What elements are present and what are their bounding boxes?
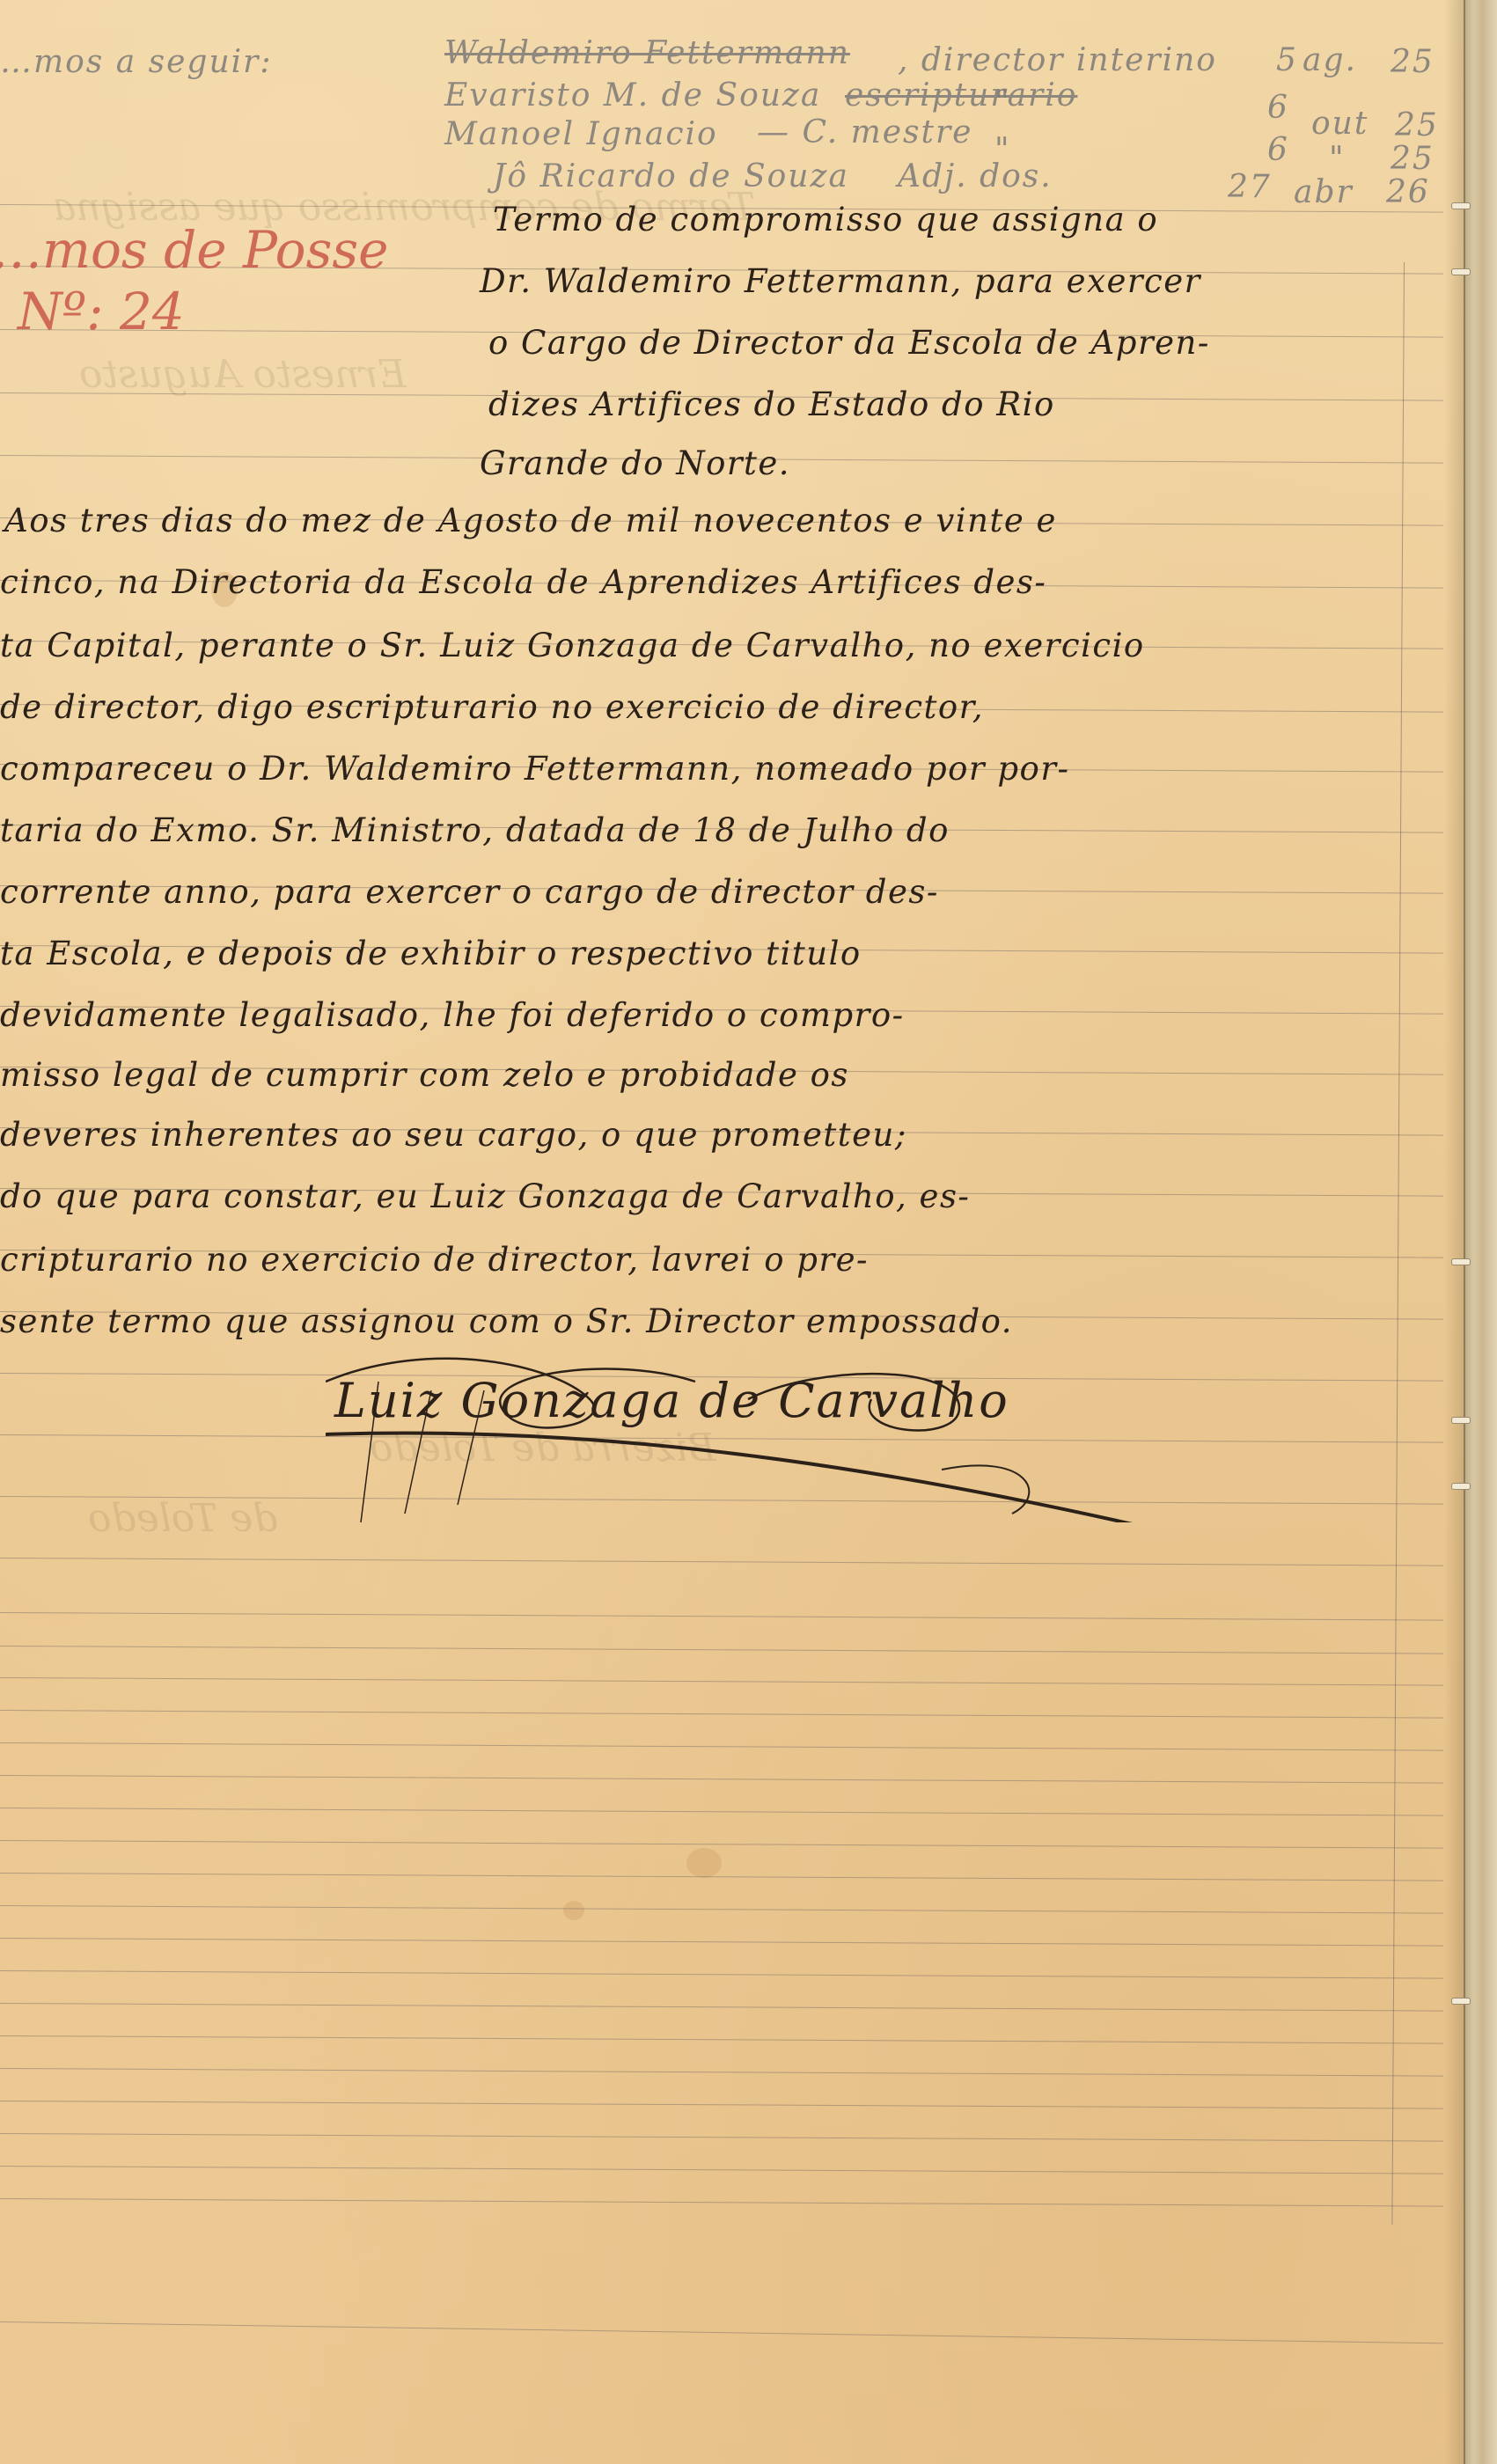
binding-stitch xyxy=(1451,268,1471,275)
body-line: ta Escola, e depois de exhibir o respect… xyxy=(0,935,862,972)
body-line: do que para constar, eu Luiz Gonzaga de … xyxy=(0,1177,970,1215)
ruled-line xyxy=(0,1677,1443,1686)
title-line: Dr. Waldemiro Fettermann, para exercer xyxy=(480,262,1201,300)
document-page: Termo de compromisso que assigna Ernesto… xyxy=(0,0,1497,2464)
ruled-line xyxy=(0,2003,1443,2012)
pencil-date-day: 27 xyxy=(1228,169,1272,205)
ruled-line xyxy=(0,2068,1443,2077)
body-line: sente termo que assignou com o Sr. Direc… xyxy=(0,1302,1013,1340)
ruled-line xyxy=(0,1905,1443,1914)
binding-stitch xyxy=(1451,1483,1471,1490)
body-line: de director, digo escripturario no exerc… xyxy=(0,688,984,726)
body-line: cripturario no exercicio de director, la… xyxy=(0,1241,869,1279)
pencil-date-day: 6 xyxy=(1267,90,1289,126)
pencil-date-year: 25 xyxy=(1391,141,1435,177)
paper-stain xyxy=(563,1901,584,1920)
body-line: taria do Exmo. Sr. Ministro, datada de 1… xyxy=(0,811,950,849)
pencil-date-year: 25 xyxy=(1391,44,1435,80)
ruled-line xyxy=(0,1938,1443,1947)
pencil-name: Jô Ricardo de Souza xyxy=(493,158,849,194)
pencil-date-year: 25 xyxy=(1395,107,1439,143)
title-line: Termo de compromisso que assigna o xyxy=(493,201,1158,238)
ruled-line xyxy=(0,2133,1443,2142)
pencil-name: Evaristo M. de Souza xyxy=(444,77,821,114)
body-line: misso legal de cumprir com zelo e probid… xyxy=(0,1056,849,1094)
pencil-name: Waldemiro Fettermann xyxy=(444,35,850,71)
signature: Luiz Gonzaga de Carvalho xyxy=(334,1373,1009,1428)
body-line: devidamente legalisado, lhe foi deferido… xyxy=(0,996,905,1034)
pencil-name: Manoel Ignacio xyxy=(444,116,718,152)
ruled-line xyxy=(0,1742,1443,1751)
binding-stitch xyxy=(1451,1998,1471,2005)
ruled-line xyxy=(0,2035,1443,2044)
book-spine xyxy=(1464,0,1497,2464)
ruled-line xyxy=(0,1612,1443,1621)
ruled-line xyxy=(0,1873,1443,1881)
pencil-role: , director interino xyxy=(898,42,1217,78)
ruled-line xyxy=(0,2101,1443,2109)
pencil-role: — C. mestre xyxy=(757,114,973,150)
ruled-line xyxy=(0,1710,1443,1719)
right-margin-rule xyxy=(1391,262,1405,2225)
binding-stitch xyxy=(1451,202,1471,209)
bleed-through-text: Ernesto Augusto xyxy=(79,352,407,397)
binding-stitch xyxy=(1451,1258,1471,1265)
pencil-lead-in: …mos a seguir: xyxy=(0,44,273,80)
body-line: cinco, na Directoria da Escola de Aprend… xyxy=(0,563,1046,601)
title-line: Grande do Norte. xyxy=(480,444,790,482)
pencil-date-month: ag. xyxy=(1303,42,1357,78)
ruled-line xyxy=(0,1808,1443,1816)
body-line: Aos tres dias do mez de Agosto de mil no… xyxy=(4,502,1057,539)
pencil-date-month: abr xyxy=(1294,174,1354,210)
bleed-through-text: de Toledo xyxy=(88,1496,277,1541)
pencil-date-month: " xyxy=(1329,141,1346,177)
ruled-line xyxy=(0,2198,1443,2207)
pencil-date-year: 26 xyxy=(1386,174,1430,210)
pencil-role: escripturario xyxy=(845,77,1077,114)
body-line: compareceu o Dr. Waldemiro Fettermann, n… xyxy=(0,750,1070,788)
ruled-line xyxy=(0,1558,1443,1566)
pencil-date-day: 5 xyxy=(1276,42,1298,78)
body-line: deveres inherentes ao seu cargo, o que p… xyxy=(0,1116,907,1154)
ruled-line xyxy=(0,1840,1443,1849)
margin-heading-title: …mos de Posse xyxy=(0,220,388,280)
ruled-line xyxy=(0,2321,1443,2343)
body-line: corrente anno, para exercer o cargo de d… xyxy=(0,873,939,911)
ruled-line xyxy=(0,1775,1443,1784)
pencil-ditto: " xyxy=(994,84,1011,121)
pencil-date-month: out xyxy=(1311,106,1369,142)
margin-heading-number: Nº: 24 xyxy=(18,282,185,341)
ruled-line xyxy=(0,2166,1443,2174)
pencil-role: Adj. dos. xyxy=(898,158,1053,194)
pencil-date-day: 6 xyxy=(1267,132,1289,168)
ruled-line xyxy=(0,1970,1443,1979)
ruled-line xyxy=(0,1646,1443,1654)
title-line: o Cargo de Director da Escola de Apren- xyxy=(488,324,1210,362)
binding-stitch xyxy=(1451,1417,1471,1424)
body-line: ta Capital, perante o Sr. Luiz Gonzaga d… xyxy=(0,627,1145,664)
title-line: dizes Artifices do Estado do Rio xyxy=(488,385,1055,423)
page-fold-shadow xyxy=(1444,0,1464,2464)
paper-stain xyxy=(686,1848,722,1878)
